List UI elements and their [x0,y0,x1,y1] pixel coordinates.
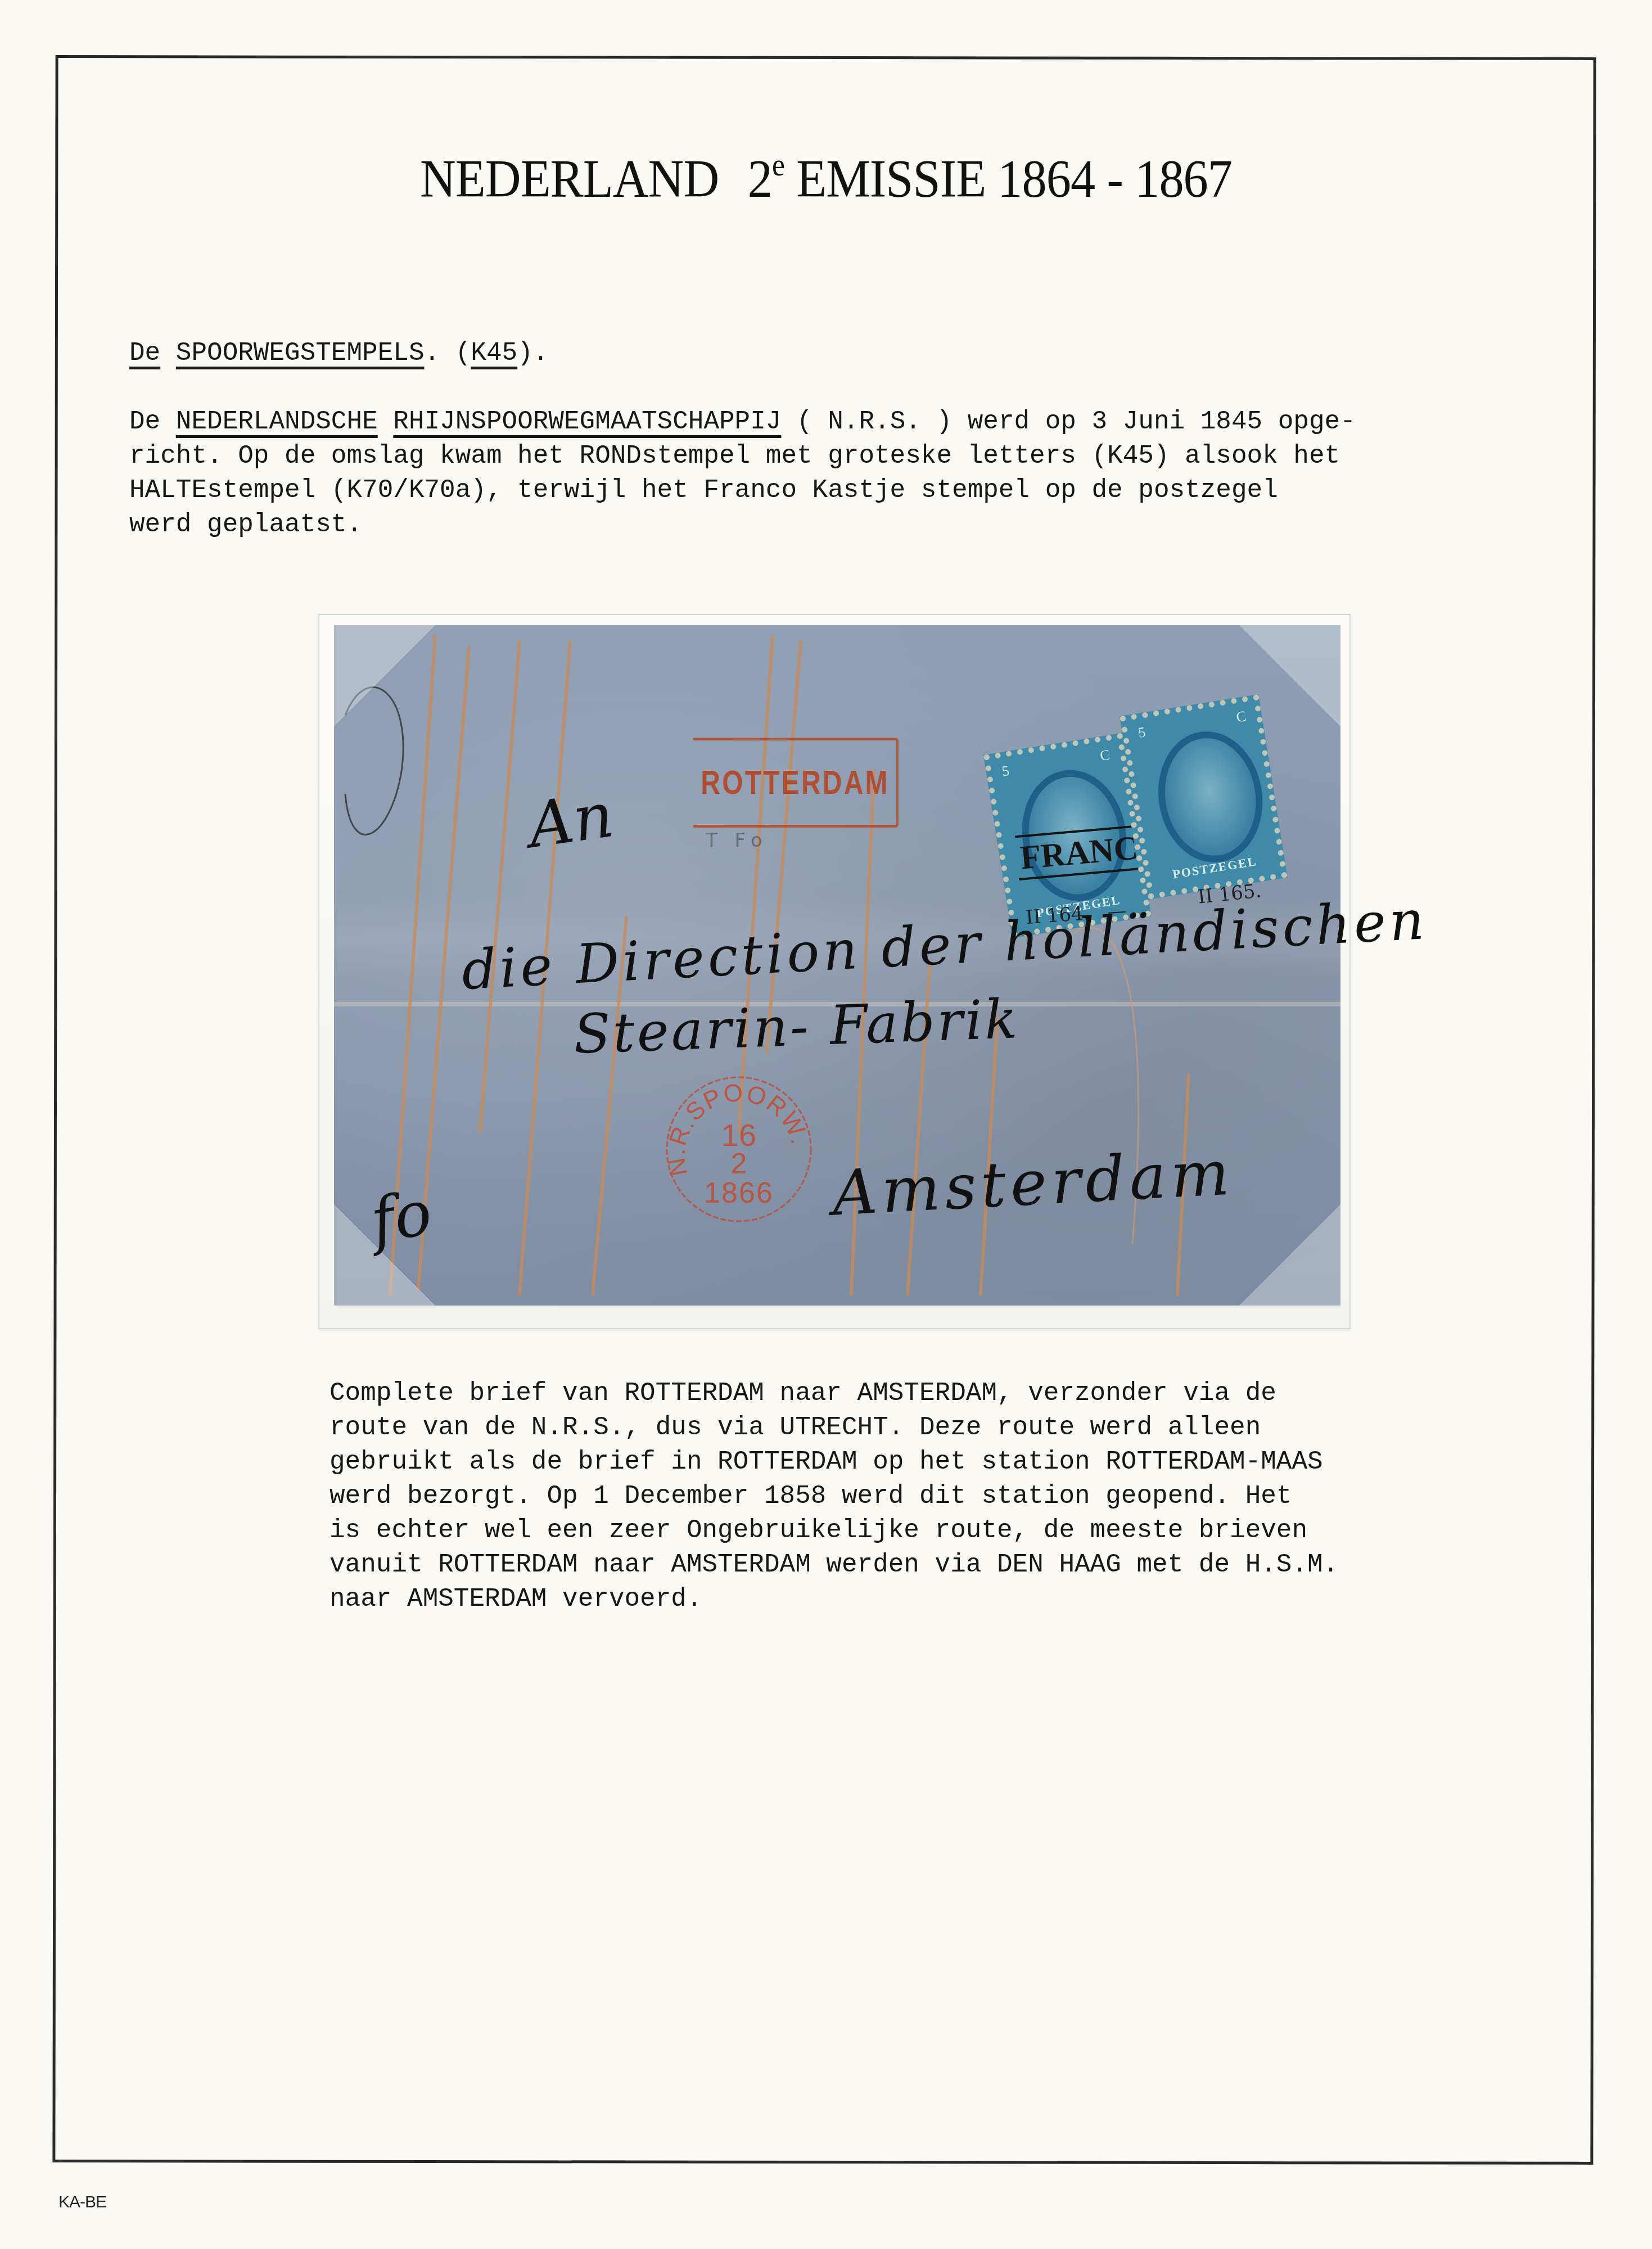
cover-description: Complete brief van ROTTERDAM naar AMSTER… [330,1376,1338,1616]
description-line: vanuit ROTTERDAM naar AMSTERDAM werden v… [330,1548,1338,1582]
publisher-mark: KA-BE [58,2193,106,2212]
heading-type-code: K45 [471,338,517,368]
postmark-year: 1866 [662,1176,815,1210]
franco-manuscript: fo [365,1176,437,1258]
stamp-value: C [1099,747,1111,765]
intro-line: richt. Op de omslag kwam het RONDstempel… [129,439,1356,473]
heading-suffix: ). [517,338,548,368]
section-heading: De SPOORWEGSTEMPELS. (K45). [129,336,548,371]
title-superscript: e [772,148,784,183]
intro-line: De NEDERLANDSCHE RHIJNSPOORWEGMAATSCHAPP… [129,405,1356,439]
heading-subject: SPOORWEGSTEMPELS [176,338,425,368]
page-title: NEDERLAND2e EMISSIE 1864 - 1867 [66,147,1586,210]
heading-prefix: De [129,338,160,368]
title-issue-number: 2 [748,148,772,209]
pencil-note: T Fo [706,829,768,852]
title-issue-years: EMISSIE 1864 - 1867 [796,148,1232,209]
address-line: An [524,779,618,862]
king-portrait-oval [1149,724,1271,870]
heading-mid: . ( [425,338,471,368]
stamp-5c-right: 5 C POSTZEGEL FRANCO [1120,694,1288,900]
description-line: gebruikt als de brief in ROTTERDAM op he… [330,1445,1338,1479]
description-line: route van de N.R.S., dus via UTRECHT. De… [330,1411,1338,1445]
description-line: is echter wel een zeer Ongebruikelijke r… [330,1514,1338,1548]
intro-line: werd geplaatst. [129,508,1356,542]
intro-paragraph: De NEDERLANDSCHE RHIJNSPOORWEGMAATSCHAPP… [129,405,1356,542]
stamp-value: 5 [1001,762,1011,780]
railway-round-postmark: N.R.SPOORW. 16 2 1866 [662,1073,815,1226]
postmark-month: 2 [662,1147,815,1181]
intro-line: HALTEstempel (K70/K70a), terwijl het Fra… [129,473,1356,508]
stamp-value: C [1235,708,1247,726]
description-line: Complete brief van ROTTERDAM naar AMSTER… [330,1376,1338,1411]
description-line: naar AMSTERDAM vervoerd. [330,1582,1338,1616]
title-country: NEDERLAND [420,148,719,209]
stamp-value: 5 [1137,724,1147,742]
description-line: werd bezorgt. Op 1 December 1858 werd di… [330,1479,1338,1514]
rotterdam-box-cachet: ROTTERDAM [692,738,899,828]
